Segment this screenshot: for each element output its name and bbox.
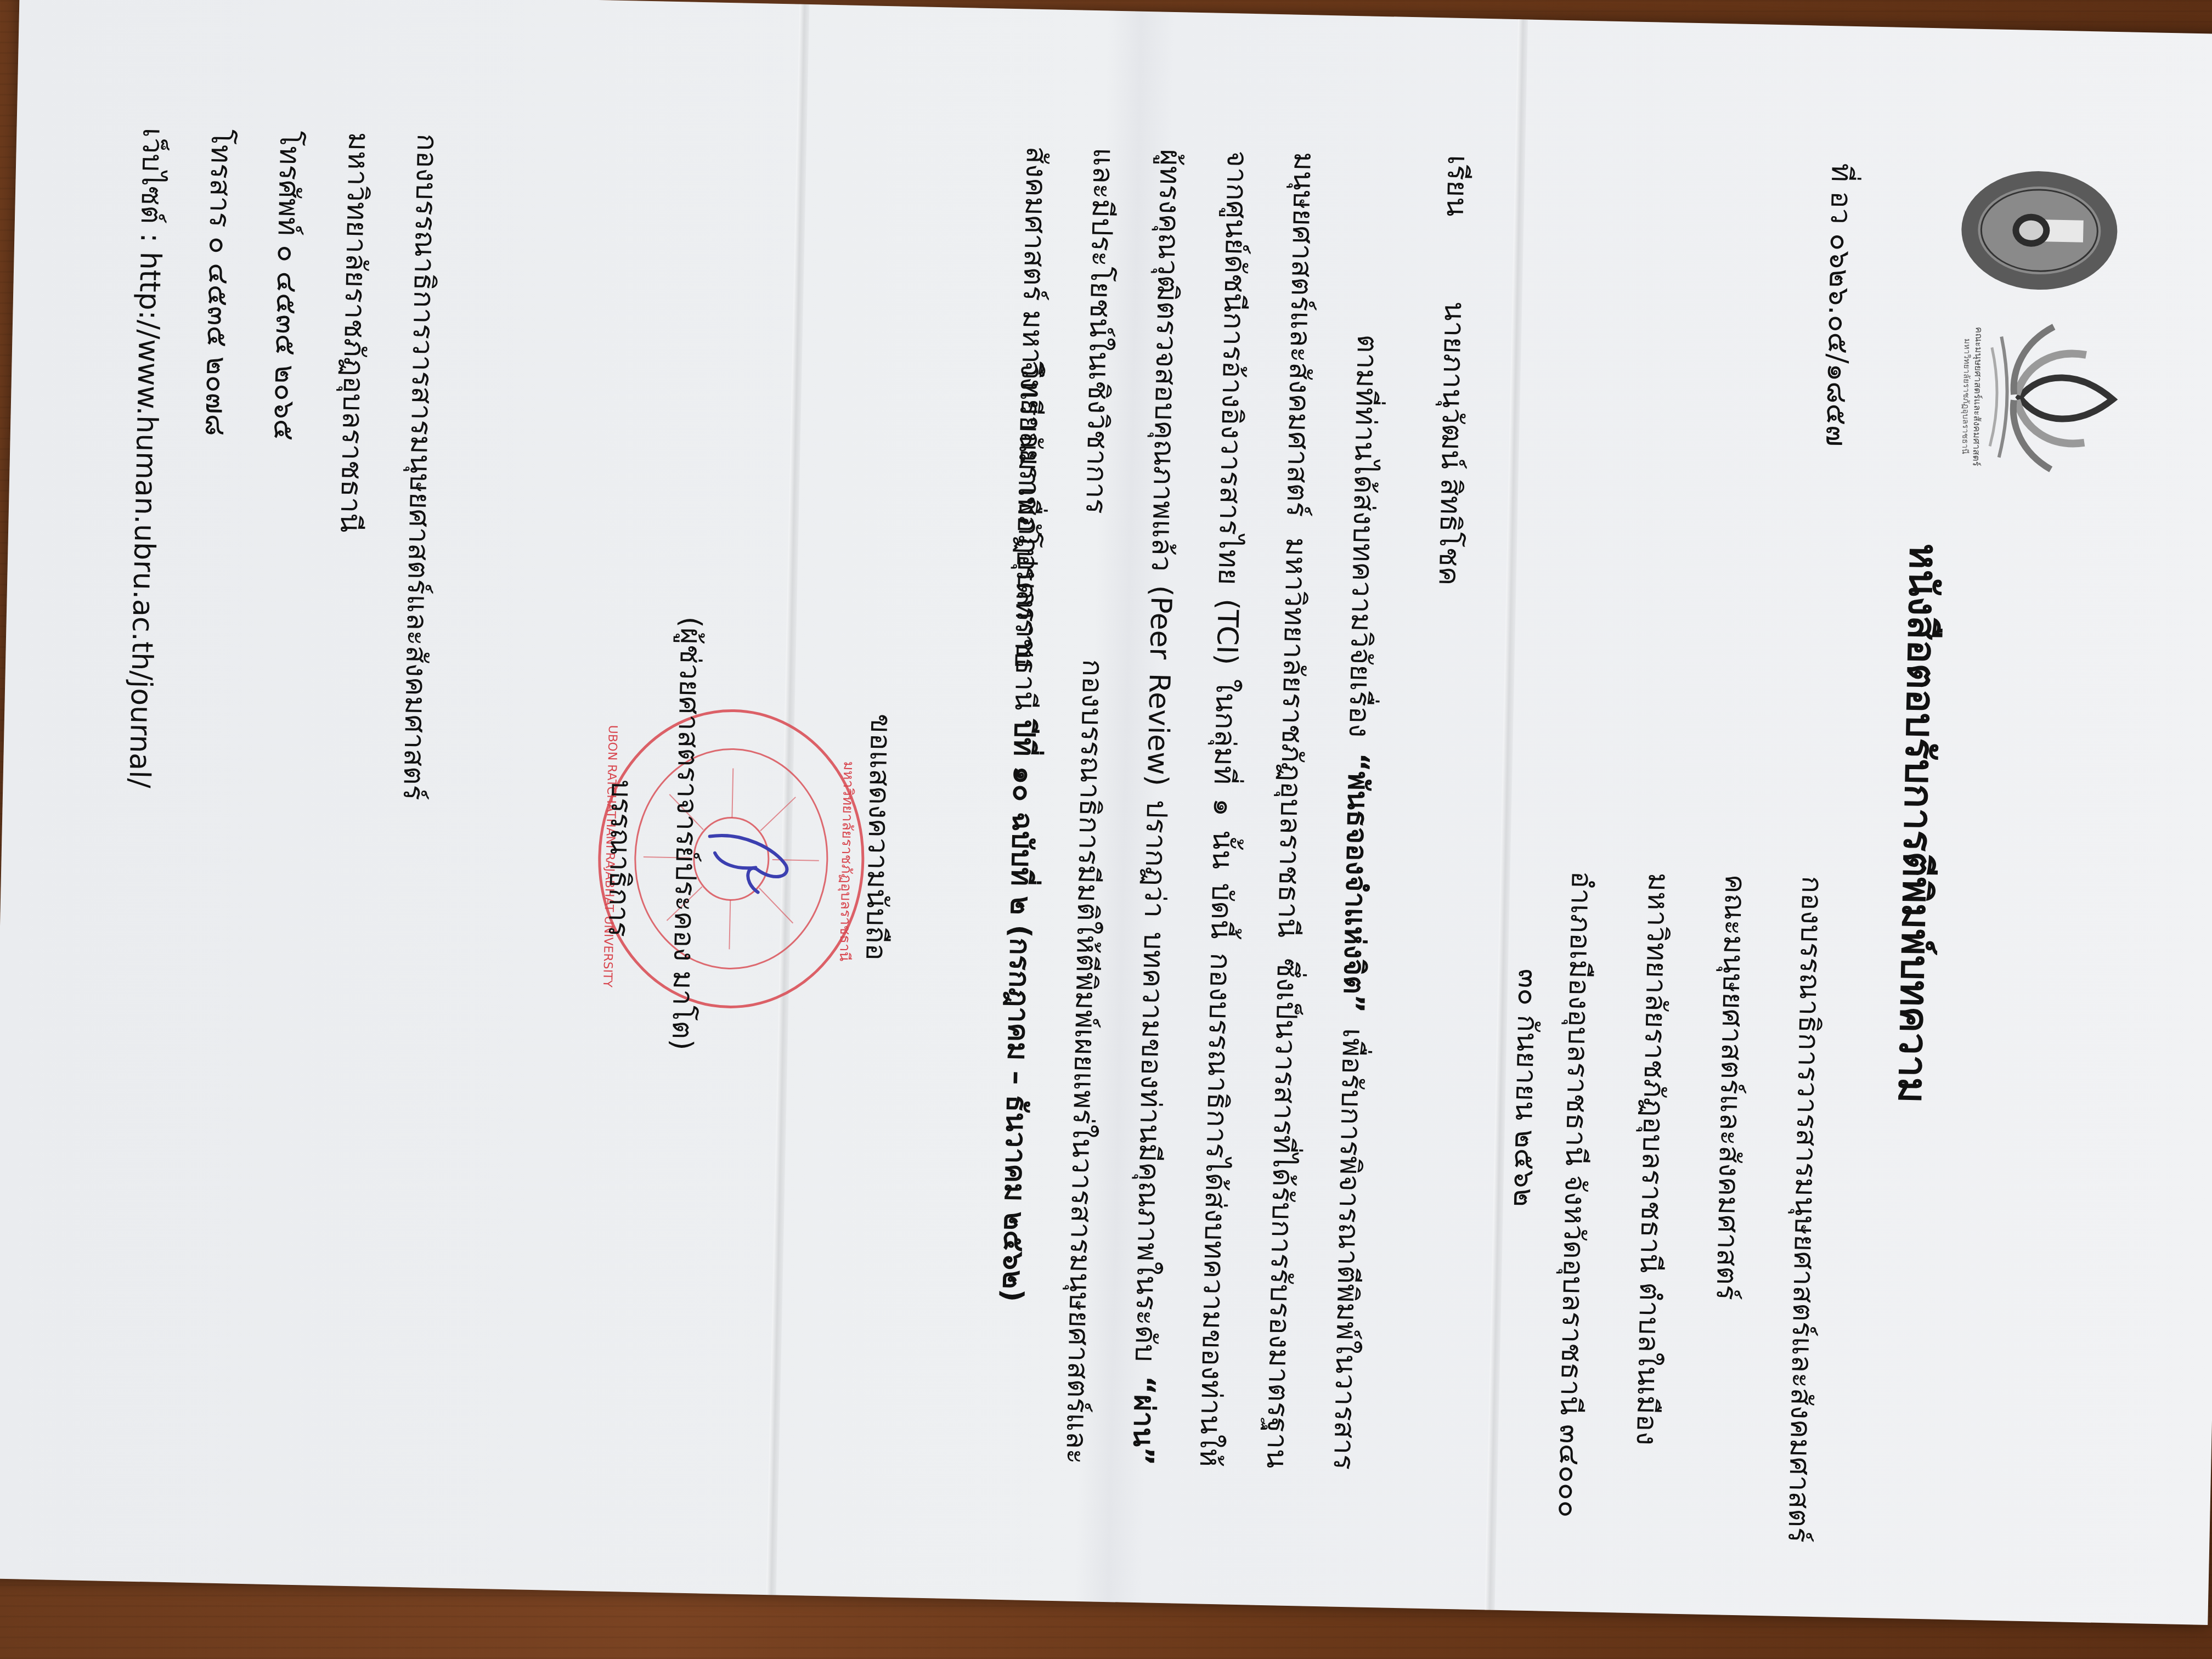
address-line: คณะมนุษยศาสตร์และสังคมศาสตร์	[1683, 873, 1773, 1542]
salutation-label: เรียน	[1433, 155, 1481, 293]
faculty-lotus-logo-icon: คณะมนุษยศาสตร์และสังคมศาสตร์ มหาวิทยาลัย…	[1957, 303, 2125, 493]
contact-footer: กองบรรณาธิการวารสารมนุษยศาสตร์และสังคมศา…	[104, 127, 461, 801]
svg-text:คณะมนุษยศาสตร์และสังคมศาสตร์: คณะมนุษยศาสตร์และสังคมศาสตร์	[1970, 327, 1984, 466]
paper-fold	[1485, 19, 1528, 1610]
letter-date: ๓๐ กันยายน ๒๕๖๒	[1502, 968, 1552, 1207]
address-line: มหาวิทยาลัยราชภัฏอุบลราชธานี ตำบลในเมือง	[1606, 872, 1696, 1540]
letter-page: คณะมนุษยศาสตร์และสังคมศาสตร์ มหาวิทยาลัย…	[0, 0, 2212, 1625]
svg-text:มหาวิทยาลัยราชภัฏอุบลราชธานี: มหาวิทยาลัยราชภัฏอุบลราชธานี	[836, 761, 857, 962]
recipient-name: นายภานุวัฒน์ สิทธิโชค	[1432, 301, 1471, 586]
letter-body: ตามที่ท่านได้ส่งบทความวิจัยเรื่อง “พันธจ…	[975, 146, 1404, 1471]
signer-name: (ผู้ช่วยศาสตราจารย์ประคอง มาโต)	[660, 616, 715, 1051]
reference-label: ที่ อว	[1824, 163, 1858, 224]
signature-icon	[697, 814, 809, 915]
address-line: กองบรรณาธิการวารสารมนุษยศาสตร์และสังคมศา…	[1759, 875, 1850, 1543]
salutation: เรียน นายภานุวัฒน์ สิทธิโชค	[1427, 155, 1481, 586]
body-text: ตามที่ท่านได้ส่งบทความวิจัยเรื่อง	[1342, 334, 1384, 738]
body-text: เพื่อรับการพิจารณาตีพิมพ์ในวารสารมนุษยศา…	[1128, 149, 1369, 1470]
reference-value: ๐๖๒๖.๐๕/๑๘๕๗	[1819, 233, 1857, 447]
footer-website[interactable]: เว็บไซต์ : http://www.human.ubru.ac.th/j…	[104, 127, 187, 795]
closing-line: จึงเรียนมาเพื่อโปรดทราบ	[1002, 360, 1054, 669]
footer-fax: โทรสาร ๐ ๔๕๓๕ ๒๐๗๘	[173, 128, 255, 797]
footer-office: กองบรรณาธิการวารสารมนุษยศาสตร์และสังคมศา…	[379, 133, 461, 801]
review-result: “ผ่าน”	[1126, 1375, 1161, 1466]
university-seal-icon	[1956, 166, 2123, 295]
sender-address: กองบรรณาธิการวารสารมนุษยศาสตร์และสังคมศา…	[1529, 870, 1850, 1543]
article-title: “พันธจองจำแห่งจิต”	[1336, 753, 1375, 1013]
journal-issue: ปีที่ ๑๐ ฉบับที่ ๒ (กรกฎาคม – ธันวาคม ๒๕…	[996, 719, 1041, 1302]
reference-number: ที่ อว ๐๖๒๖.๐๕/๑๘๕๗	[1814, 163, 1865, 447]
document-title: หนังสือตอบรับการตีพิมพ์บทความ	[1870, 27, 1967, 1620]
footer-phone: โทรศัพท์ ๐ ๔๕๓๕ ๒๐๖๕	[241, 130, 324, 798]
signer-title: บรรณาธิการ	[596, 779, 645, 937]
